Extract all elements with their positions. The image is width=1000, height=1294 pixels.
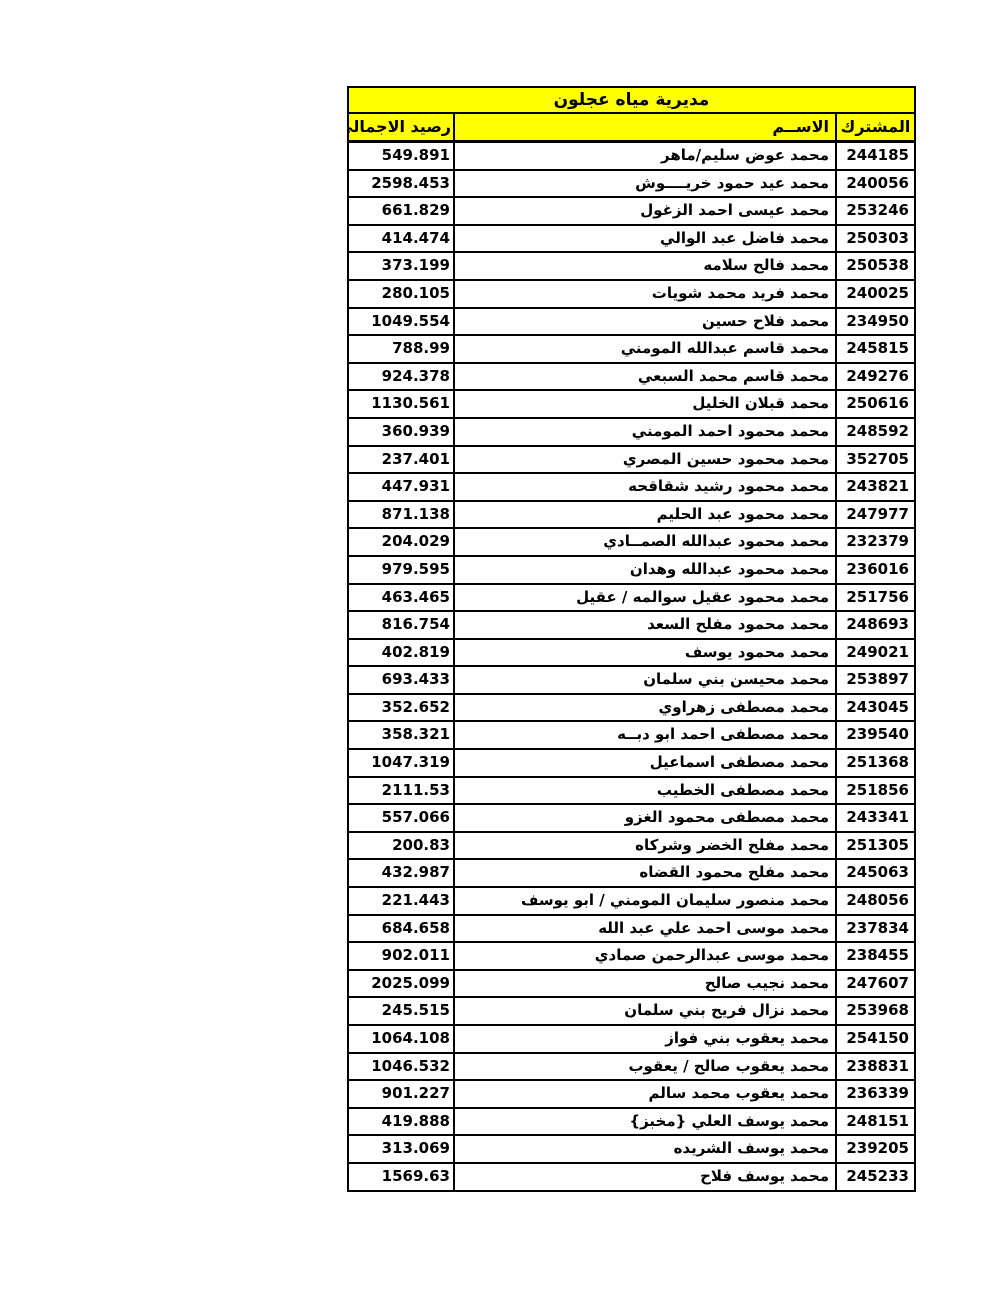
name-cell: محمد محمود رشيد شقاقحه: [455, 474, 837, 500]
name-cell: محمد محمود مفلح السعد: [455, 612, 837, 638]
subscriber-cell: 243045: [837, 695, 914, 721]
balance-cell: 871.138: [349, 502, 455, 528]
table-row: 313.069 محمد يوسف الشريده 239205: [349, 1136, 914, 1164]
name-cell: محمد يعقوب بني فواز: [455, 1026, 837, 1052]
table-row: 871.138 محمد محمود عبد الحليم 247977: [349, 502, 914, 530]
subscriber-cell: 248151: [837, 1109, 914, 1135]
balance-cell: 2111.53: [349, 778, 455, 804]
name-cell: محمد محيسن بني سلمان: [455, 667, 837, 693]
subscriber-cell: 243821: [837, 474, 914, 500]
subscriber-cell: 237834: [837, 916, 914, 942]
table-row: 280.105 محمد فريد محمد شويات 240025: [349, 281, 914, 309]
name-cell: محمد منصور سليمان المومني / ابو يوسف: [455, 888, 837, 914]
subscriber-cell: 248693: [837, 612, 914, 638]
name-cell: محمد قاسم محمد السبعي: [455, 364, 837, 390]
balance-cell: 684.658: [349, 916, 455, 942]
table-header-row: رصيد الاجمالي الاســم المشترك: [349, 114, 914, 143]
table-row: 1569.63 محمد يوسف فلاح 245233: [349, 1164, 914, 1190]
subscriber-cell: 240056: [837, 171, 914, 197]
name-cell: محمد مصطفى محمود الغزو: [455, 805, 837, 831]
subscriber-cell: 247977: [837, 502, 914, 528]
table-row: 901.227 محمد يعقوب محمد سالم 236339: [349, 1081, 914, 1109]
subscriber-cell: 240025: [837, 281, 914, 307]
table-row: 684.658 محمد موسى احمد علي عبد الله 2378…: [349, 916, 914, 944]
name-cell: محمد مصطفى احمد ابو دبــه: [455, 722, 837, 748]
balance-cell: 901.227: [349, 1081, 455, 1107]
name-cell: محمد محمود عبدالله الصمــادي: [455, 529, 837, 555]
name-cell: محمد محمود يوسف: [455, 640, 837, 666]
table-row: 1047.319 محمد مصطفى اسماعيل 251368: [349, 750, 914, 778]
balance-cell: 788.99: [349, 336, 455, 362]
balance-cell: 221.443: [349, 888, 455, 914]
balance-cell: 1064.108: [349, 1026, 455, 1052]
balance-cell: 373.199: [349, 253, 455, 279]
subscriber-cell: 244185: [837, 143, 914, 169]
name-cell: محمد فالح سلامه: [455, 253, 837, 279]
subscriber-cell: 253246: [837, 198, 914, 224]
subscriber-cell: 245063: [837, 860, 914, 886]
subscriber-cell: 249021: [837, 640, 914, 666]
balance-cell: 200.83: [349, 833, 455, 859]
table-row: 414.474 محمد فاضل عبد الوالي 250303: [349, 226, 914, 254]
name-cell: محمد فريد محمد شويات: [455, 281, 837, 307]
subscriber-cell: 238831: [837, 1054, 914, 1080]
subscriber-cell: 250538: [837, 253, 914, 279]
balance-cell: 557.066: [349, 805, 455, 831]
table-row: 661.829 محمد عيسى احمد الزغول 253246: [349, 198, 914, 226]
subscriber-cell: 239540: [837, 722, 914, 748]
table-row: 2111.53 محمد مصطفى الخطيب 251856: [349, 778, 914, 806]
table-row: 402.819 محمد محمود يوسف 249021: [349, 640, 914, 668]
balance-cell: 280.105: [349, 281, 455, 307]
name-cell: محمد فلاح حسين: [455, 309, 837, 335]
table-row: 200.83 محمد مفلح الخضر وشركاه 251305: [349, 833, 914, 861]
table-row: 221.443 محمد منصور سليمان المومني / ابو …: [349, 888, 914, 916]
balance-cell: 360.939: [349, 419, 455, 445]
name-cell: محمد موسى احمد علي عبد الله: [455, 916, 837, 942]
balance-cell: 204.029: [349, 529, 455, 555]
balance-cell: 1569.63: [349, 1164, 455, 1190]
name-cell: محمد مصطفى الخطيب: [455, 778, 837, 804]
balance-cell: 352.652: [349, 695, 455, 721]
balance-cell: 2025.099: [349, 971, 455, 997]
balance-cell: 313.069: [349, 1136, 455, 1162]
name-cell: محمد مفلح الخضر وشركاه: [455, 833, 837, 859]
table-row: 2598.453 محمد عيد حمود خريــــوش 240056: [349, 171, 914, 199]
balance-cell: 902.011: [349, 943, 455, 969]
table-body: 549.891 محمد عوض سليم/ماهر 244185 2598.4…: [349, 143, 914, 1190]
balance-cell: 693.433: [349, 667, 455, 693]
table-row: 557.066 محمد مصطفى محمود الغزو 243341: [349, 805, 914, 833]
table-row: 360.939 محمد محمود احمد المومني 248592: [349, 419, 914, 447]
balance-cell: 661.829: [349, 198, 455, 224]
name-cell: محمد مصطفى زهراوي: [455, 695, 837, 721]
subscriber-cell: 253897: [837, 667, 914, 693]
table-row: 204.029 محمد محمود عبدالله الصمــادي 232…: [349, 529, 914, 557]
subscriber-cell: 251368: [837, 750, 914, 776]
name-cell: محمد يعقوب محمد سالم: [455, 1081, 837, 1107]
balance-cell: 245.515: [349, 998, 455, 1024]
table-row: 902.011 محمد موسى عبدالرحمن صمادي 238455: [349, 943, 914, 971]
balance-cell: 1049.554: [349, 309, 455, 335]
name-cell: محمد محمود عقيل سوالمه / عقيل: [455, 585, 837, 611]
subscriber-cell: 251856: [837, 778, 914, 804]
name-cell: محمد عيسى احمد الزغول: [455, 198, 837, 224]
balance-cell: 419.888: [349, 1109, 455, 1135]
table-row: 788.99 محمد قاسم عبدالله المومني 245815: [349, 336, 914, 364]
name-cell: محمد نزال فريح بني سلمان: [455, 998, 837, 1024]
name-cell: محمد يوسف الشريده: [455, 1136, 837, 1162]
header-subscriber-label: المشترك: [837, 114, 914, 140]
name-cell: محمد يوسف العلي {مخبز}: [455, 1109, 837, 1135]
name-cell: محمد نجيب صالح: [455, 971, 837, 997]
subscriber-cell: 249276: [837, 364, 914, 390]
name-cell: محمد محمود عبد الحليم: [455, 502, 837, 528]
name-cell: محمد عوض سليم/ماهر: [455, 143, 837, 169]
subscriber-cell: 352705: [837, 447, 914, 473]
balance-cell: 549.891: [349, 143, 455, 169]
name-cell: محمد يعقوب صالح / يعقوب: [455, 1054, 837, 1080]
balance-cell: 1046.532: [349, 1054, 455, 1080]
balance-cell: 1130.561: [349, 391, 455, 417]
table-row: 979.595 محمد محمود عبدالله وهدان 236016: [349, 557, 914, 585]
name-cell: محمد قبلان الخليل: [455, 391, 837, 417]
subscriber-cell: 238455: [837, 943, 914, 969]
subscriber-cell: 239205: [837, 1136, 914, 1162]
subscriber-cell: 245815: [837, 336, 914, 362]
balance-cell: 463.465: [349, 585, 455, 611]
name-cell: محمد مصطفى اسماعيل: [455, 750, 837, 776]
balance-cell: 816.754: [349, 612, 455, 638]
subscribers-balance-table: مديرية مياه عجلون رصيد الاجمالي الاســم …: [347, 86, 916, 1192]
table-title: مديرية مياه عجلون: [349, 88, 914, 114]
table-row: 352.652 محمد مصطفى زهراوي 243045: [349, 695, 914, 723]
balance-cell: 2598.453: [349, 171, 455, 197]
balance-cell: 1047.319: [349, 750, 455, 776]
balance-cell: 924.378: [349, 364, 455, 390]
subscriber-cell: 232379: [837, 529, 914, 555]
table-row: 1064.108 محمد يعقوب بني فواز 254150: [349, 1026, 914, 1054]
balance-cell: 414.474: [349, 226, 455, 252]
subscriber-cell: 248056: [837, 888, 914, 914]
table-row: 816.754 محمد محمود مفلح السعد 248693: [349, 612, 914, 640]
subscriber-cell: 243341: [837, 805, 914, 831]
balance-cell: 358.321: [349, 722, 455, 748]
subscriber-cell: 236339: [837, 1081, 914, 1107]
subscriber-cell: 245233: [837, 1164, 914, 1190]
balance-cell: 237.401: [349, 447, 455, 473]
name-cell: محمد محمود حسين المصري: [455, 447, 837, 473]
table-row: 245.515 محمد نزال فريح بني سلمان 253968: [349, 998, 914, 1026]
name-cell: محمد مفلح محمود القضاه: [455, 860, 837, 886]
balance-cell: 402.819: [349, 640, 455, 666]
table-row: 1049.554 محمد فلاح حسين 234950: [349, 309, 914, 337]
subscriber-cell: 254150: [837, 1026, 914, 1052]
subscriber-cell: 251756: [837, 585, 914, 611]
subscriber-cell: 253968: [837, 998, 914, 1024]
subscriber-cell: 251305: [837, 833, 914, 859]
subscriber-cell: 234950: [837, 309, 914, 335]
header-name-label: الاســم: [455, 114, 837, 140]
name-cell: محمد موسى عبدالرحمن صمادي: [455, 943, 837, 969]
subscriber-cell: 250303: [837, 226, 914, 252]
balance-cell: 432.987: [349, 860, 455, 886]
name-cell: محمد عيد حمود خريــــوش: [455, 171, 837, 197]
table-row: 924.378 محمد قاسم محمد السبعي 249276: [349, 364, 914, 392]
table-row: 1046.532 محمد يعقوب صالح / يعقوب 238831: [349, 1054, 914, 1082]
header-balance-label: رصيد الاجمالي: [349, 114, 455, 140]
balance-cell: 447.931: [349, 474, 455, 500]
table-row: 419.888 محمد يوسف العلي {مخبز} 248151: [349, 1109, 914, 1137]
table-row: 373.199 محمد فالح سلامه 250538: [349, 253, 914, 281]
name-cell: محمد يوسف فلاح: [455, 1164, 837, 1190]
table-row: 358.321 محمد مصطفى احمد ابو دبــه 239540: [349, 722, 914, 750]
table-row: 432.987 محمد مفلح محمود القضاه 245063: [349, 860, 914, 888]
balance-cell: 979.595: [349, 557, 455, 583]
table-row: 463.465 محمد محمود عقيل سوالمه / عقيل 25…: [349, 585, 914, 613]
subscriber-cell: 236016: [837, 557, 914, 583]
subscriber-cell: 248592: [837, 419, 914, 445]
table-row: 237.401 محمد محمود حسين المصري 352705: [349, 447, 914, 475]
name-cell: محمد قاسم عبدالله المومني: [455, 336, 837, 362]
subscriber-cell: 250616: [837, 391, 914, 417]
name-cell: محمد محمود احمد المومني: [455, 419, 837, 445]
table-row: 693.433 محمد محيسن بني سلمان 253897: [349, 667, 914, 695]
table-row: 549.891 محمد عوض سليم/ماهر 244185: [349, 143, 914, 171]
name-cell: محمد فاضل عبد الوالي: [455, 226, 837, 252]
name-cell: محمد محمود عبدالله وهدان: [455, 557, 837, 583]
table-row: 447.931 محمد محمود رشيد شقاقحه 243821: [349, 474, 914, 502]
subscriber-cell: 247607: [837, 971, 914, 997]
table-row: 2025.099 محمد نجيب صالح 247607: [349, 971, 914, 999]
table-row: 1130.561 محمد قبلان الخليل 250616: [349, 391, 914, 419]
